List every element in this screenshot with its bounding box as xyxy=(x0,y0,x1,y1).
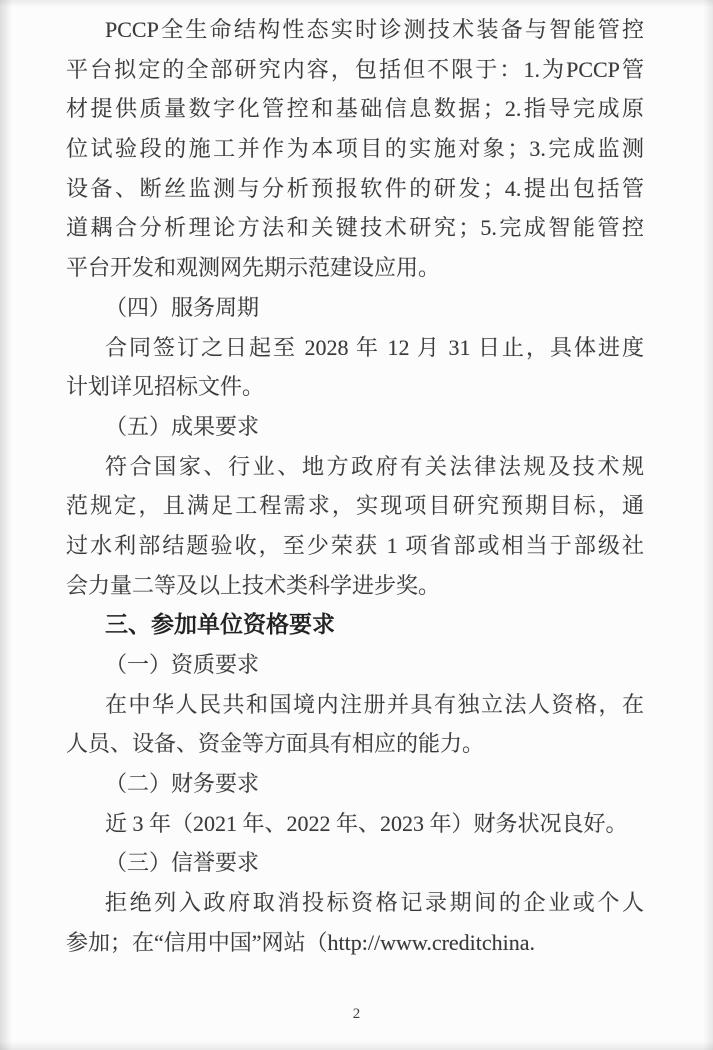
scan-shadow-right xyxy=(701,0,713,1050)
paragraph-line: 合同签订之日起至 2028 年 12 月 31 日止，具体进度 xyxy=(66,328,644,368)
section-heading: 三、参加单位资格要求 xyxy=(66,605,644,645)
paragraph-line: 符合国家、行业、地方政府有关法律法规及技术规 xyxy=(66,447,644,487)
paragraph-line: 近 3 年（2021 年、2022 年、2023 年）财务状况良好。 xyxy=(66,804,644,844)
scan-shadow-top xyxy=(0,0,713,8)
subsection-heading: （三）信誉要求 xyxy=(66,843,644,883)
paragraph-line: 平台开发和观测网先期示范建设应用。 xyxy=(66,248,644,288)
paragraph-line: 道耦合分析理论方法和关键技术研究；5.完成智能管控 xyxy=(66,208,644,248)
scan-shadow-left xyxy=(0,0,14,1050)
subsection-heading: （五）成果要求 xyxy=(66,407,644,447)
paragraph-line: PCCP全生命结构性态实时诊测技术装备与智能管控 xyxy=(66,10,644,50)
paragraph-line: 在中华人民共和国境内注册并具有独立法人资格，在 xyxy=(66,685,644,725)
page-number: 2 xyxy=(0,1006,713,1023)
document-page: PCCP全生命结构性态实时诊测技术装备与智能管控 平台拟定的全部研究内容，包括但… xyxy=(0,0,713,1050)
subsection-heading: （四）服务周期 xyxy=(66,288,644,328)
paragraph-line: 平台拟定的全部研究内容，包括但不限于：1.为PCCP管 xyxy=(66,50,644,90)
scan-shadow-bottom xyxy=(0,1040,713,1050)
document-body: PCCP全生命结构性态实时诊测技术装备与智能管控 平台拟定的全部研究内容，包括但… xyxy=(66,10,644,963)
paragraph-line: 拒绝列入政府取消投标资格记录期间的企业或个人 xyxy=(66,883,644,923)
paragraph-line: 过水利部结题验收，至少荣获 1 项省部或相当于部级社 xyxy=(66,526,644,566)
paragraph-line: 计划详见招标文件。 xyxy=(66,367,644,407)
paragraph-line: 会力量二等及以上技术类科学进步奖。 xyxy=(66,566,644,606)
subsection-heading: （一）资质要求 xyxy=(66,645,644,685)
paragraph-line: 范规定，且满足工程需求，实现项目研究预期目标，通 xyxy=(66,486,644,526)
paragraph-line: 参加；在“信用中国”网站（http://www.creditchina. xyxy=(66,923,644,963)
subsection-heading: （二）财务要求 xyxy=(66,764,644,804)
paragraph-line: 设备、断丝监测与分析预报软件的研发；4.提出包括管 xyxy=(66,169,644,209)
paragraph-line: 材提供质量数字化管控和基础信息数据；2.指导完成原 xyxy=(66,89,644,129)
paragraph-line: 位试验段的施工并作为本项目的实施对象；3.完成监测 xyxy=(66,129,644,169)
paragraph-line: 人员、设备、资金等方面具有相应的能力。 xyxy=(66,724,644,764)
